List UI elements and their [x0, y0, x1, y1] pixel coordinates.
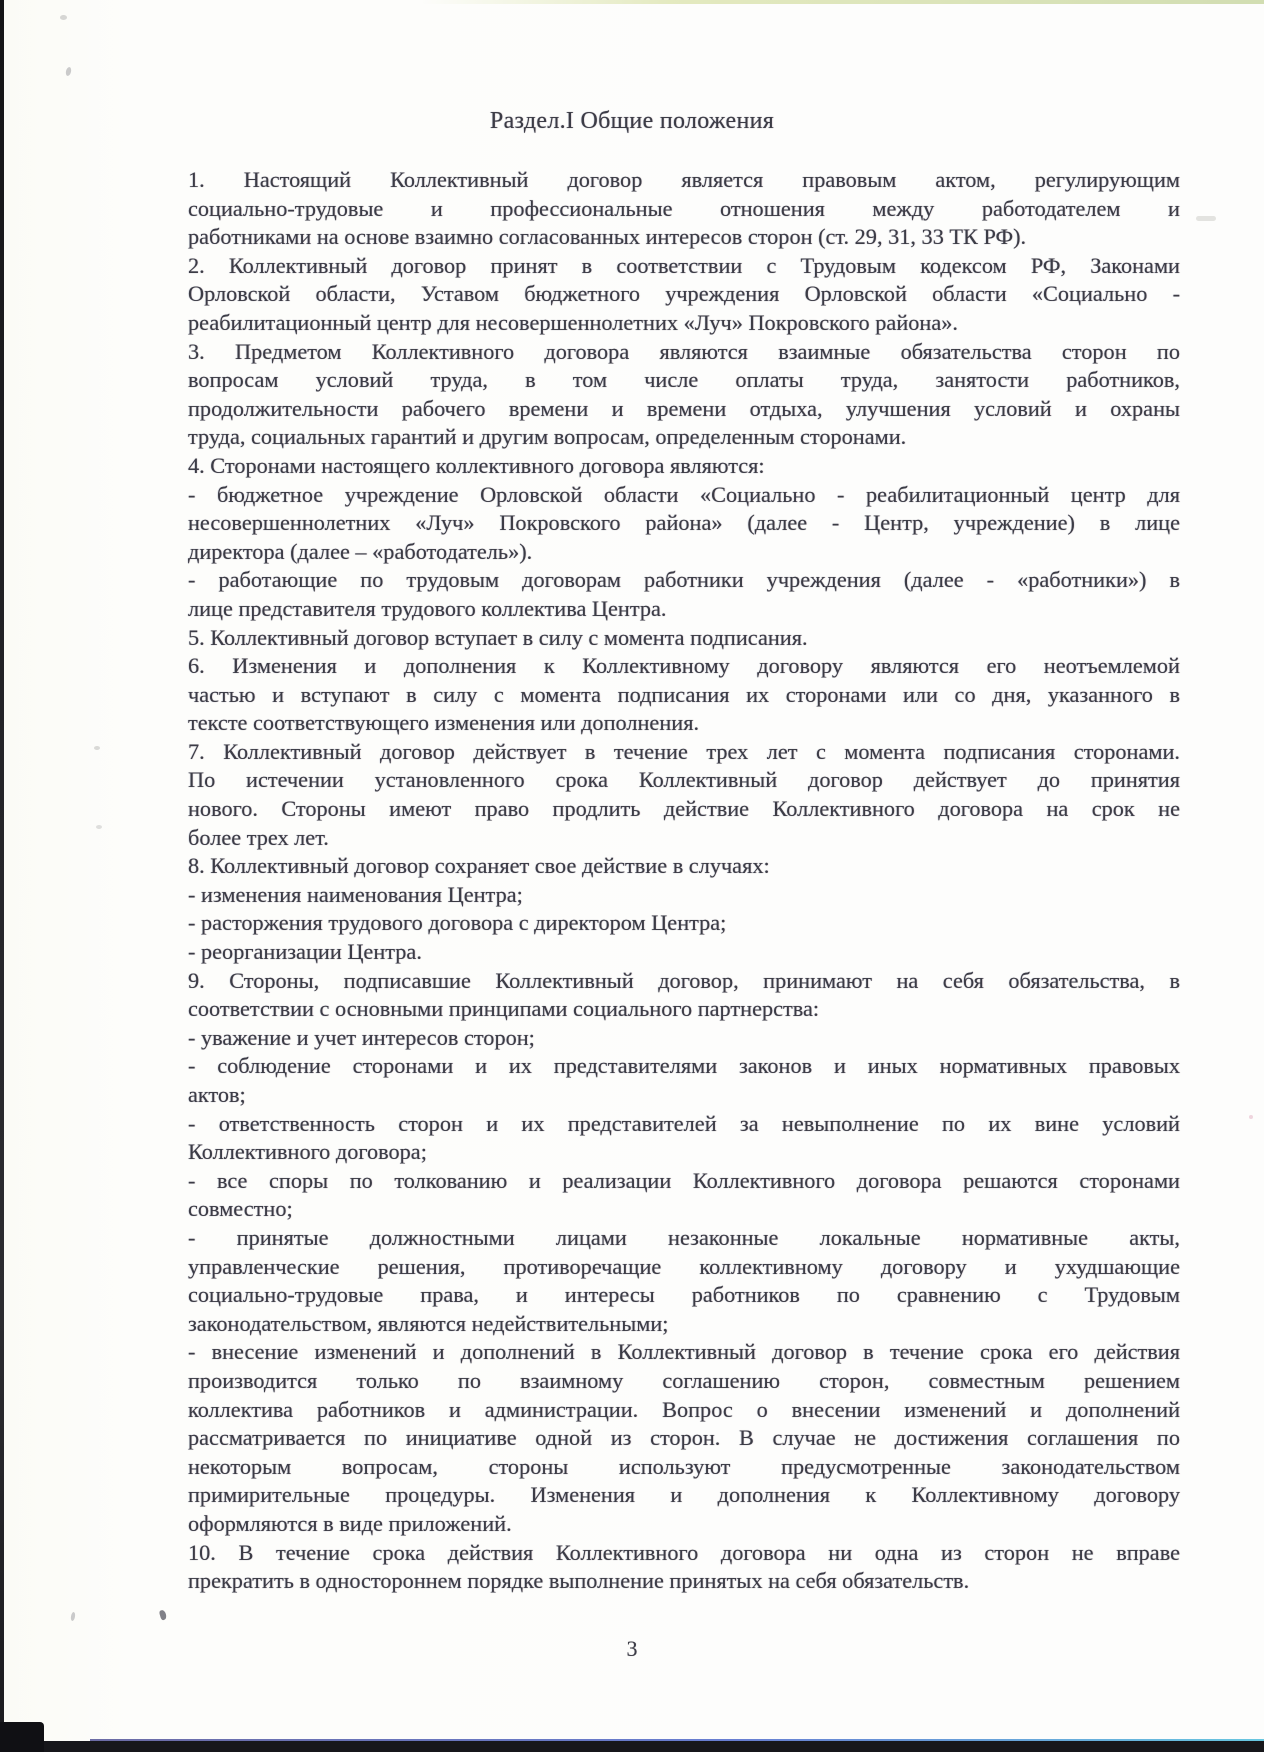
text-line: тексте соответствующего изменения или до…: [188, 709, 1180, 738]
text-line: 5. Коллективный договор вступает в силу …: [188, 624, 1180, 653]
scan-speck: [94, 746, 100, 750]
scan-edge-top-tint: [420, 0, 1264, 4]
text-line: Коллективного договора;: [188, 1138, 1180, 1167]
text-line: 1. Настоящий Коллективный договор являет…: [188, 166, 1180, 195]
text-line: 9. Стороны, подписавшие Коллективный дог…: [188, 967, 1180, 996]
text-line: - изменения наименования Центра;: [188, 881, 1180, 910]
text-line: социально-трудовые права, и интересы раб…: [188, 1281, 1180, 1310]
text-line: несовершеннолетних «Луч» Покровского рай…: [188, 509, 1180, 538]
text-line: - соблюдение сторонами и их представител…: [188, 1052, 1180, 1081]
text-line: частью и вступают в силу с момента подпи…: [188, 681, 1180, 710]
text-line: - ответственность сторон и их представит…: [188, 1110, 1180, 1139]
scan-speck: [60, 15, 67, 20]
text-line: лице представителя трудового коллектива …: [188, 595, 1180, 624]
text-line: - внесение изменений и дополнений в Колл…: [188, 1338, 1180, 1367]
text-line: более трех лет.: [188, 824, 1180, 853]
text-line: 4. Сторонами настоящего коллективного до…: [188, 452, 1180, 481]
text-line: примирительные процедуры. Изменения и до…: [188, 1481, 1180, 1510]
text-line: - все споры по толкованию и реализации К…: [188, 1167, 1180, 1196]
scan-speck: [70, 1612, 76, 1622]
text-line: продолжительности рабочего времени и вре…: [188, 395, 1180, 424]
scan-speck: [65, 67, 72, 77]
text-line: работниками на основе взаимно согласован…: [188, 223, 1180, 252]
text-line: 7. Коллективный договор действует в тече…: [188, 738, 1180, 767]
text-line: совместно;: [188, 1195, 1180, 1224]
text-line: - бюджетное учреждение Орловской области…: [188, 481, 1180, 510]
text-line: - уважение и учет интересов сторон;: [188, 1024, 1180, 1053]
text-line: 2. Коллективный договор принят в соответ…: [188, 252, 1180, 281]
text-line: нового. Стороны имеют право продлить дей…: [188, 795, 1180, 824]
text-line: законодательством, являются недействител…: [188, 1310, 1180, 1339]
text-line: Орловской области, Уставом бюджетного уч…: [188, 280, 1180, 309]
text-line: труда, социальных гарантий и другим вопр…: [188, 423, 1180, 452]
text-line: социально-трудовые и профессиональные от…: [188, 195, 1180, 224]
text-line: соответствии с основными принципами соци…: [188, 995, 1180, 1024]
scan-speck: [96, 825, 102, 829]
page-number: 3: [0, 1636, 1264, 1662]
text-line: прекратить в одностороннем порядке выпол…: [188, 1567, 1180, 1596]
text-line: - принятые должностными лицами незаконны…: [188, 1224, 1180, 1253]
text-line: реабилитационный центр для несовершеннол…: [188, 309, 1180, 338]
scan-edge-bottom-bar: [0, 1741, 1264, 1752]
document-body: 1. Настоящий Коллективный договор являет…: [188, 166, 1180, 1596]
text-line: рассматривается по инициативе одной из с…: [188, 1424, 1180, 1453]
text-line: производится только по взаимному соглаше…: [188, 1367, 1180, 1396]
scan-speck: [1249, 1115, 1253, 1119]
text-line: актов;: [188, 1081, 1180, 1110]
text-line: директора (далее – «работодатель»).: [188, 538, 1180, 567]
text-line: - реорганизации Центра.: [188, 938, 1180, 967]
scan-speck: [1196, 216, 1216, 221]
scan-edge-corner-block: [0, 1722, 44, 1752]
text-line: 10. В течение срока действия Коллективно…: [188, 1539, 1180, 1568]
text-line: - расторжения трудового договора с дирек…: [188, 909, 1180, 938]
text-line: некоторым вопросам, стороны используют п…: [188, 1453, 1180, 1482]
scan-edge-left: [0, 0, 4, 1752]
section-title: Раздел.I Общие положения: [0, 107, 1264, 135]
scanned-document-page: Раздел.I Общие положения 1. Настоящий Ко…: [0, 0, 1264, 1752]
text-line: 6. Изменения и дополнения к Коллективном…: [188, 652, 1180, 681]
scan-speck: [159, 1609, 168, 1620]
text-line: По истечении установленного срока Коллек…: [188, 766, 1180, 795]
text-line: коллектива работников и администрации. В…: [188, 1396, 1180, 1425]
text-line: оформляются в виде приложений.: [188, 1510, 1180, 1539]
text-line: управленческие решения, противоречащие к…: [188, 1253, 1180, 1282]
text-line: 3. Предметом Коллективного договора явля…: [188, 338, 1180, 367]
text-line: вопросам условий труда, в том числе опла…: [188, 366, 1180, 395]
text-line: - работающие по трудовым договорам работ…: [188, 566, 1180, 595]
text-line: 8. Коллективный договор сохраняет свое д…: [188, 852, 1180, 881]
